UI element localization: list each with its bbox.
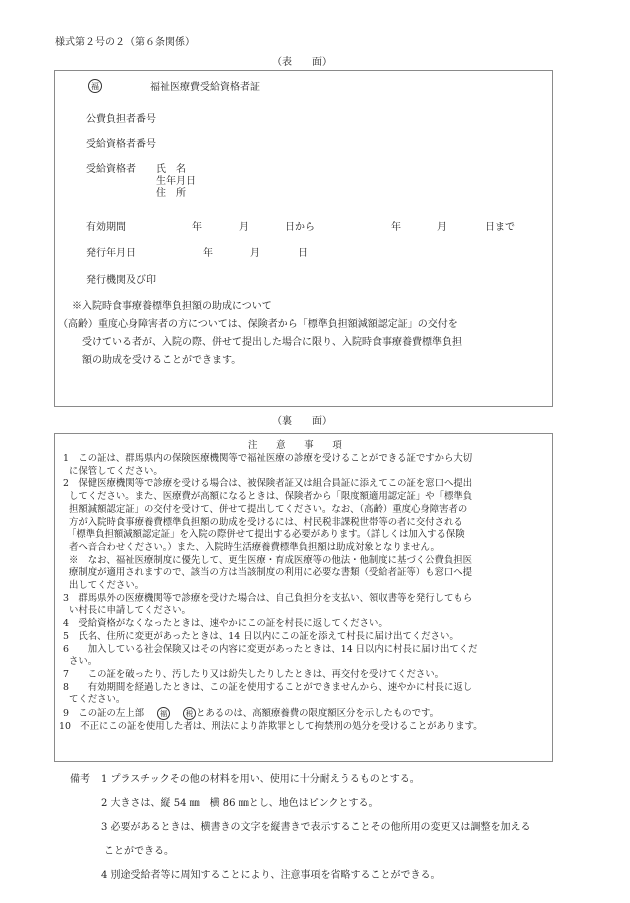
meal-note-line: （高齢）重度心身障害者の方については、保険者から「標準負担額減額認定証」の交付を	[58, 318, 458, 331]
tax-seal-icon: 税	[183, 707, 196, 720]
note-line: 7 この証を破ったり、汚したり又は紛失したりしたときは、再交付を受けてください。	[63, 669, 444, 682]
welfare-seal-icon: 福	[88, 79, 102, 93]
validity-day-to: 日まで	[485, 221, 515, 234]
note-line: 8 有効期間を経過したときは、この証を使用することができませんから、速やかに村長…	[63, 682, 472, 695]
remark-item: 4 別途受給者等に周知することにより、注意事項を省略することができる。	[101, 869, 441, 882]
note-line: 5 氏名、住所に変更があったときは、14 日以内にこの証を添えて村長に届け出てく…	[63, 631, 459, 644]
note-line: してください。また、医療費が高額になるときは、保険者から「限度額適用認定証」や「…	[69, 491, 472, 504]
note-line: 「標準負担額減額認定証」を入院の際併せて提出する必要があります。（詳しくは加入す…	[67, 529, 465, 542]
note-line: 方が入院時食事療養費標準負担額の助成を受けるには、村民税非課税世帯等の者に交付さ…	[69, 517, 463, 530]
back-card: 注 意 事 項 1 この証は、群馬県内の保険医療機関等で福祉医療の診療を受けるこ…	[54, 433, 553, 762]
notes-list: 1 この証は、群馬県内の保険医療機関等で福祉医療の診療を受けることができる証です…	[63, 453, 549, 753]
note-line: 10 不正にこの証を使用した者は、刑法により詐欺罪として拘禁刑の処分を受けること…	[59, 721, 483, 734]
note-line: 3 群馬県外の医療機関等で診療を受けた場合は、自己負担分を支払い、領収書等を発行…	[63, 593, 472, 606]
note-line: に保管してください。	[69, 466, 163, 479]
note-line: てください。	[69, 694, 125, 707]
notes-title: 注 意 事 項	[248, 440, 342, 453]
recipient-number-label: 受給資格者番号	[86, 138, 156, 151]
validity-month-from: 月	[239, 221, 249, 234]
meal-note-line: 受けている者が、入院の際、併せて提出した場合に限り、入院時食事療養費標準負担	[82, 336, 462, 349]
validity-year-from: 年	[192, 221, 202, 234]
form-number: 様式第２号の２（第６条関係）	[55, 36, 195, 49]
validity-label: 有効期間	[86, 221, 126, 234]
issue-day: 日	[298, 247, 308, 260]
meal-note-heading: ※入院時食事療養標準負担額の助成について	[72, 300, 272, 313]
note-line-9: 9 この証の左上部 福 税とあるのは、高額療養費の限度額区分を示したものです。	[63, 707, 439, 721]
note-line: 2 保健医療機関等で診療を受ける場合は、被保険者証又は組合員証に添えてこの証を窓…	[63, 478, 472, 491]
note-line: 療制度が適用されますので、該当の方は当該制度の利用に必要な書類（受給者証等）も窓…	[69, 567, 472, 580]
back-side-label: （裏 面）	[272, 415, 332, 428]
card-title: 福祉医療費受給資格者証	[150, 81, 260, 94]
validity-month-to: 月	[437, 221, 447, 234]
front-card: 福 福祉医療費受給資格者証 公費負担者番号 受給資格者番号 受給資格者 氏 名 …	[54, 70, 553, 407]
note-line: 担額減額認定証」の交付を受けて、併せて提出してください。なお、（高齢）重度心身障…	[69, 504, 467, 517]
issuer-label: 発行機関及び印	[86, 274, 156, 287]
note-line-9-suffix: とあるのは、高額療養費の限度額区分を示したものです。	[196, 708, 439, 719]
public-burden-number-label: 公費負担者番号	[86, 113, 156, 126]
remarks-label: 備考	[70, 773, 90, 786]
meal-note-line: 額の助成を受けることができます。	[82, 354, 241, 367]
note-line: 1 この証は、群馬県内の保険医療機関等で福祉医療の診療を受けることができる証です…	[63, 453, 472, 466]
remark-item: ことができる。	[104, 845, 174, 858]
issue-year: 年	[203, 247, 213, 260]
note-line: 6 加入している社会保険又はその内容に変更があったときは、14 日以内に村長に届…	[63, 644, 478, 657]
note-line: い村長に申請してください。	[69, 605, 191, 618]
note-line: 4 受給資格がなくなったときは、速やかにこの証を村長に返してください。	[63, 618, 388, 631]
note-line: ※ なお、福祉医療制度に優先して、更生医療・育成医療等の他法・他制度に基づく公費…	[69, 555, 472, 568]
recipient-label: 受給資格者	[86, 163, 136, 176]
issue-date-label: 発行年月日	[86, 247, 136, 260]
note-line: 者へ音合わせください。）また、入院時生活療養費標準負担額は助成対象となりません。	[69, 542, 440, 555]
note-line: 出してください。	[69, 580, 144, 593]
note-line: さい。	[69, 656, 97, 669]
validity-year-to: 年	[391, 221, 401, 234]
remark-item: 2 大きさは、縦 54 ㎜ 横 86 ㎜とし、地色はピンクとする。	[101, 797, 379, 810]
address-label: 住 所	[156, 187, 186, 200]
front-side-label: （表 面）	[272, 56, 332, 69]
remark-item: 1 プラスチックその他の材料を用い、使用に十分耐えうるものとする。	[101, 773, 420, 786]
welfare-seal-icon: 福	[157, 707, 170, 720]
remark-item: 3 必要があるときは、横書きの文字を縦書きで表示することその他所用の変更又は調整…	[101, 821, 531, 834]
issue-month: 月	[250, 247, 260, 260]
note-line-9-prefix: 9 この証の左上部	[63, 708, 144, 719]
validity-day-from: 日から	[285, 221, 315, 234]
